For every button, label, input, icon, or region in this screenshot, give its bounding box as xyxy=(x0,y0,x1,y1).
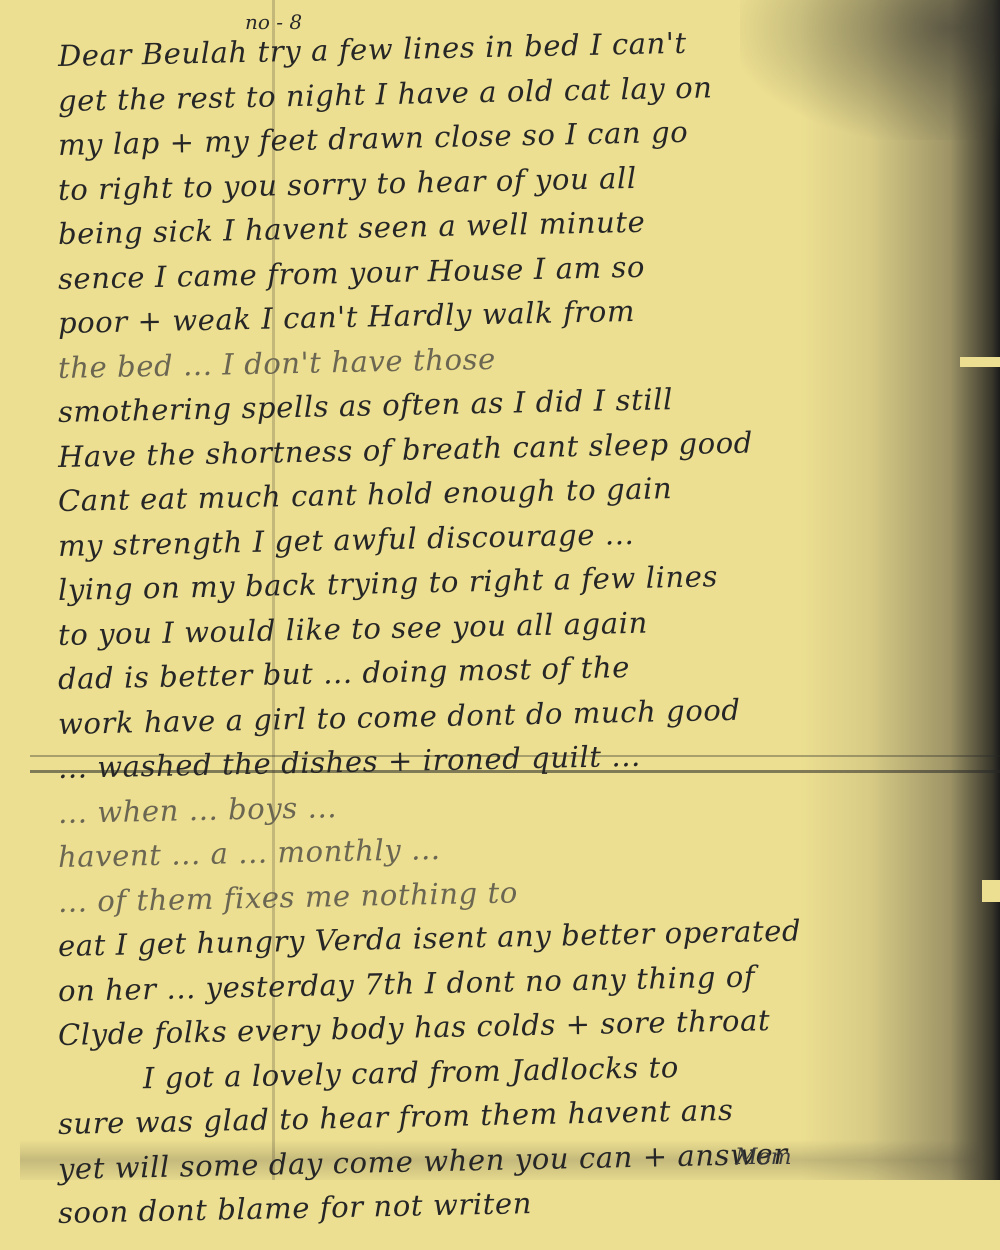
signature: Mom xyxy=(735,1145,792,1170)
letter-body: Dear Beulah try a few lines in bed I can… xyxy=(58,34,978,1236)
scanned-letter-page: no - 8 Dear Beulah try a few lines in be… xyxy=(0,0,1000,1250)
paper-tear-notch xyxy=(982,880,1000,902)
